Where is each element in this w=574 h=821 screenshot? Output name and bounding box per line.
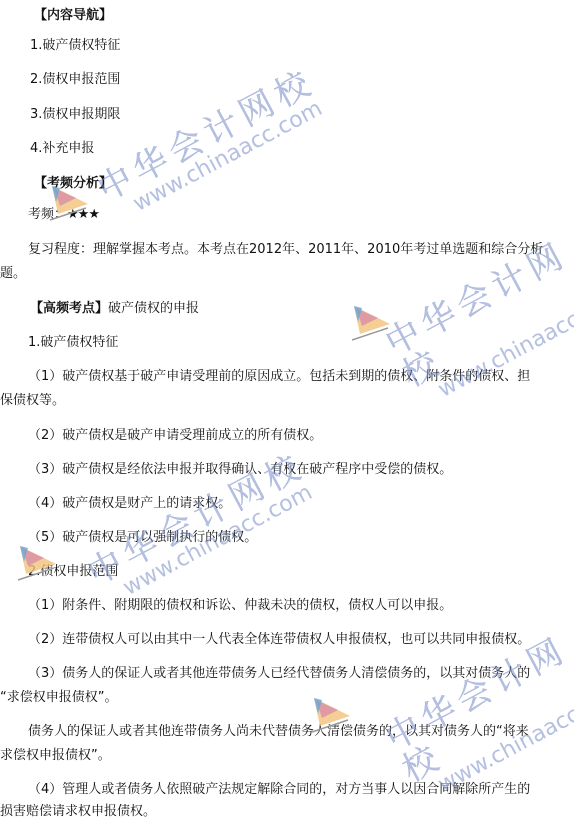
nav-item-3: 3.债权申报期限 xyxy=(0,105,574,125)
section1-item-4: （4）破产债权是财产上的请求权。 xyxy=(0,494,574,514)
section2-title: 2.债权申报范围 xyxy=(0,562,574,582)
frequency-heading: 【考频分析】 xyxy=(0,174,574,194)
review-text-line1: 复习程度：理解掌握本考点。本考点在2012年、2011年、2010年考过单选题和… xyxy=(0,240,574,260)
frequency-stars: ★★★ xyxy=(67,207,99,222)
nav-heading: 【内容导航】 xyxy=(0,6,574,26)
section1-item-1-line1: （1）破产债权基于破产申请受理前的原因成立。包括未到期的债权、附条件的债权、担 xyxy=(0,367,574,387)
section2-note-line1: 债务人的保证人或者其他连带债务人尚未代替债务人清偿债务的，以其对债务人的“将来 xyxy=(0,722,574,742)
frequency-label: 考频： xyxy=(28,207,67,222)
section1-item-5: （5）破产债权是可以强制执行的债权。 xyxy=(0,528,574,548)
frequency-row: 考频：★★★ xyxy=(0,205,574,225)
nav-item-1: 1.破产债权特征 xyxy=(0,36,574,56)
section2-item-4-line2: 损害赔偿请求权申报债权。 xyxy=(0,802,574,821)
section2-note-line2: 求偿权申报债权”。 xyxy=(0,746,574,766)
section2-item-2: （2）连带债权人可以由其中一人代表全体连带债权人申报债权，也可以共同申报债权。 xyxy=(0,630,574,650)
section2-item-4-line1: （4）管理人或者债务人依照破产法规定解除合同的，对方当事人以因合同解除所产生的 xyxy=(0,780,574,800)
nav-item-4: 4.补充申报 xyxy=(0,139,574,159)
section1-item-3: （3）破产债权是经依法申报并取得确认、有权在破产程序中受偿的债权。 xyxy=(0,460,574,480)
section2-item-1: （1）附条件、附期限的债权和诉讼、仲裁未决的债权，债权人可以申报。 xyxy=(0,596,574,616)
review-text-line2: 题。 xyxy=(0,264,574,284)
keypoint-tag: 【高频考点】 xyxy=(30,301,108,316)
section2-item-3-line2: “求偿权申报债权”。 xyxy=(0,688,574,708)
keypoint-heading: 【高频考点】破产债权的申报 xyxy=(0,299,574,319)
section2-item-3-line1: （3）债务人的保证人或者其他连带债务人已经代替债务人清偿债务的，以其对债务人的 xyxy=(0,664,574,684)
nav-item-2: 2.债权申报范围 xyxy=(0,70,574,90)
keypoint-title: 破产债权的申报 xyxy=(108,301,199,316)
section1-title: 1.破产债权特征 xyxy=(0,333,574,353)
section1-item-1-line2: 保债权等。 xyxy=(0,391,574,411)
section1-item-2: （2）破产债权是破产申请受理前成立的所有债权。 xyxy=(0,426,574,446)
